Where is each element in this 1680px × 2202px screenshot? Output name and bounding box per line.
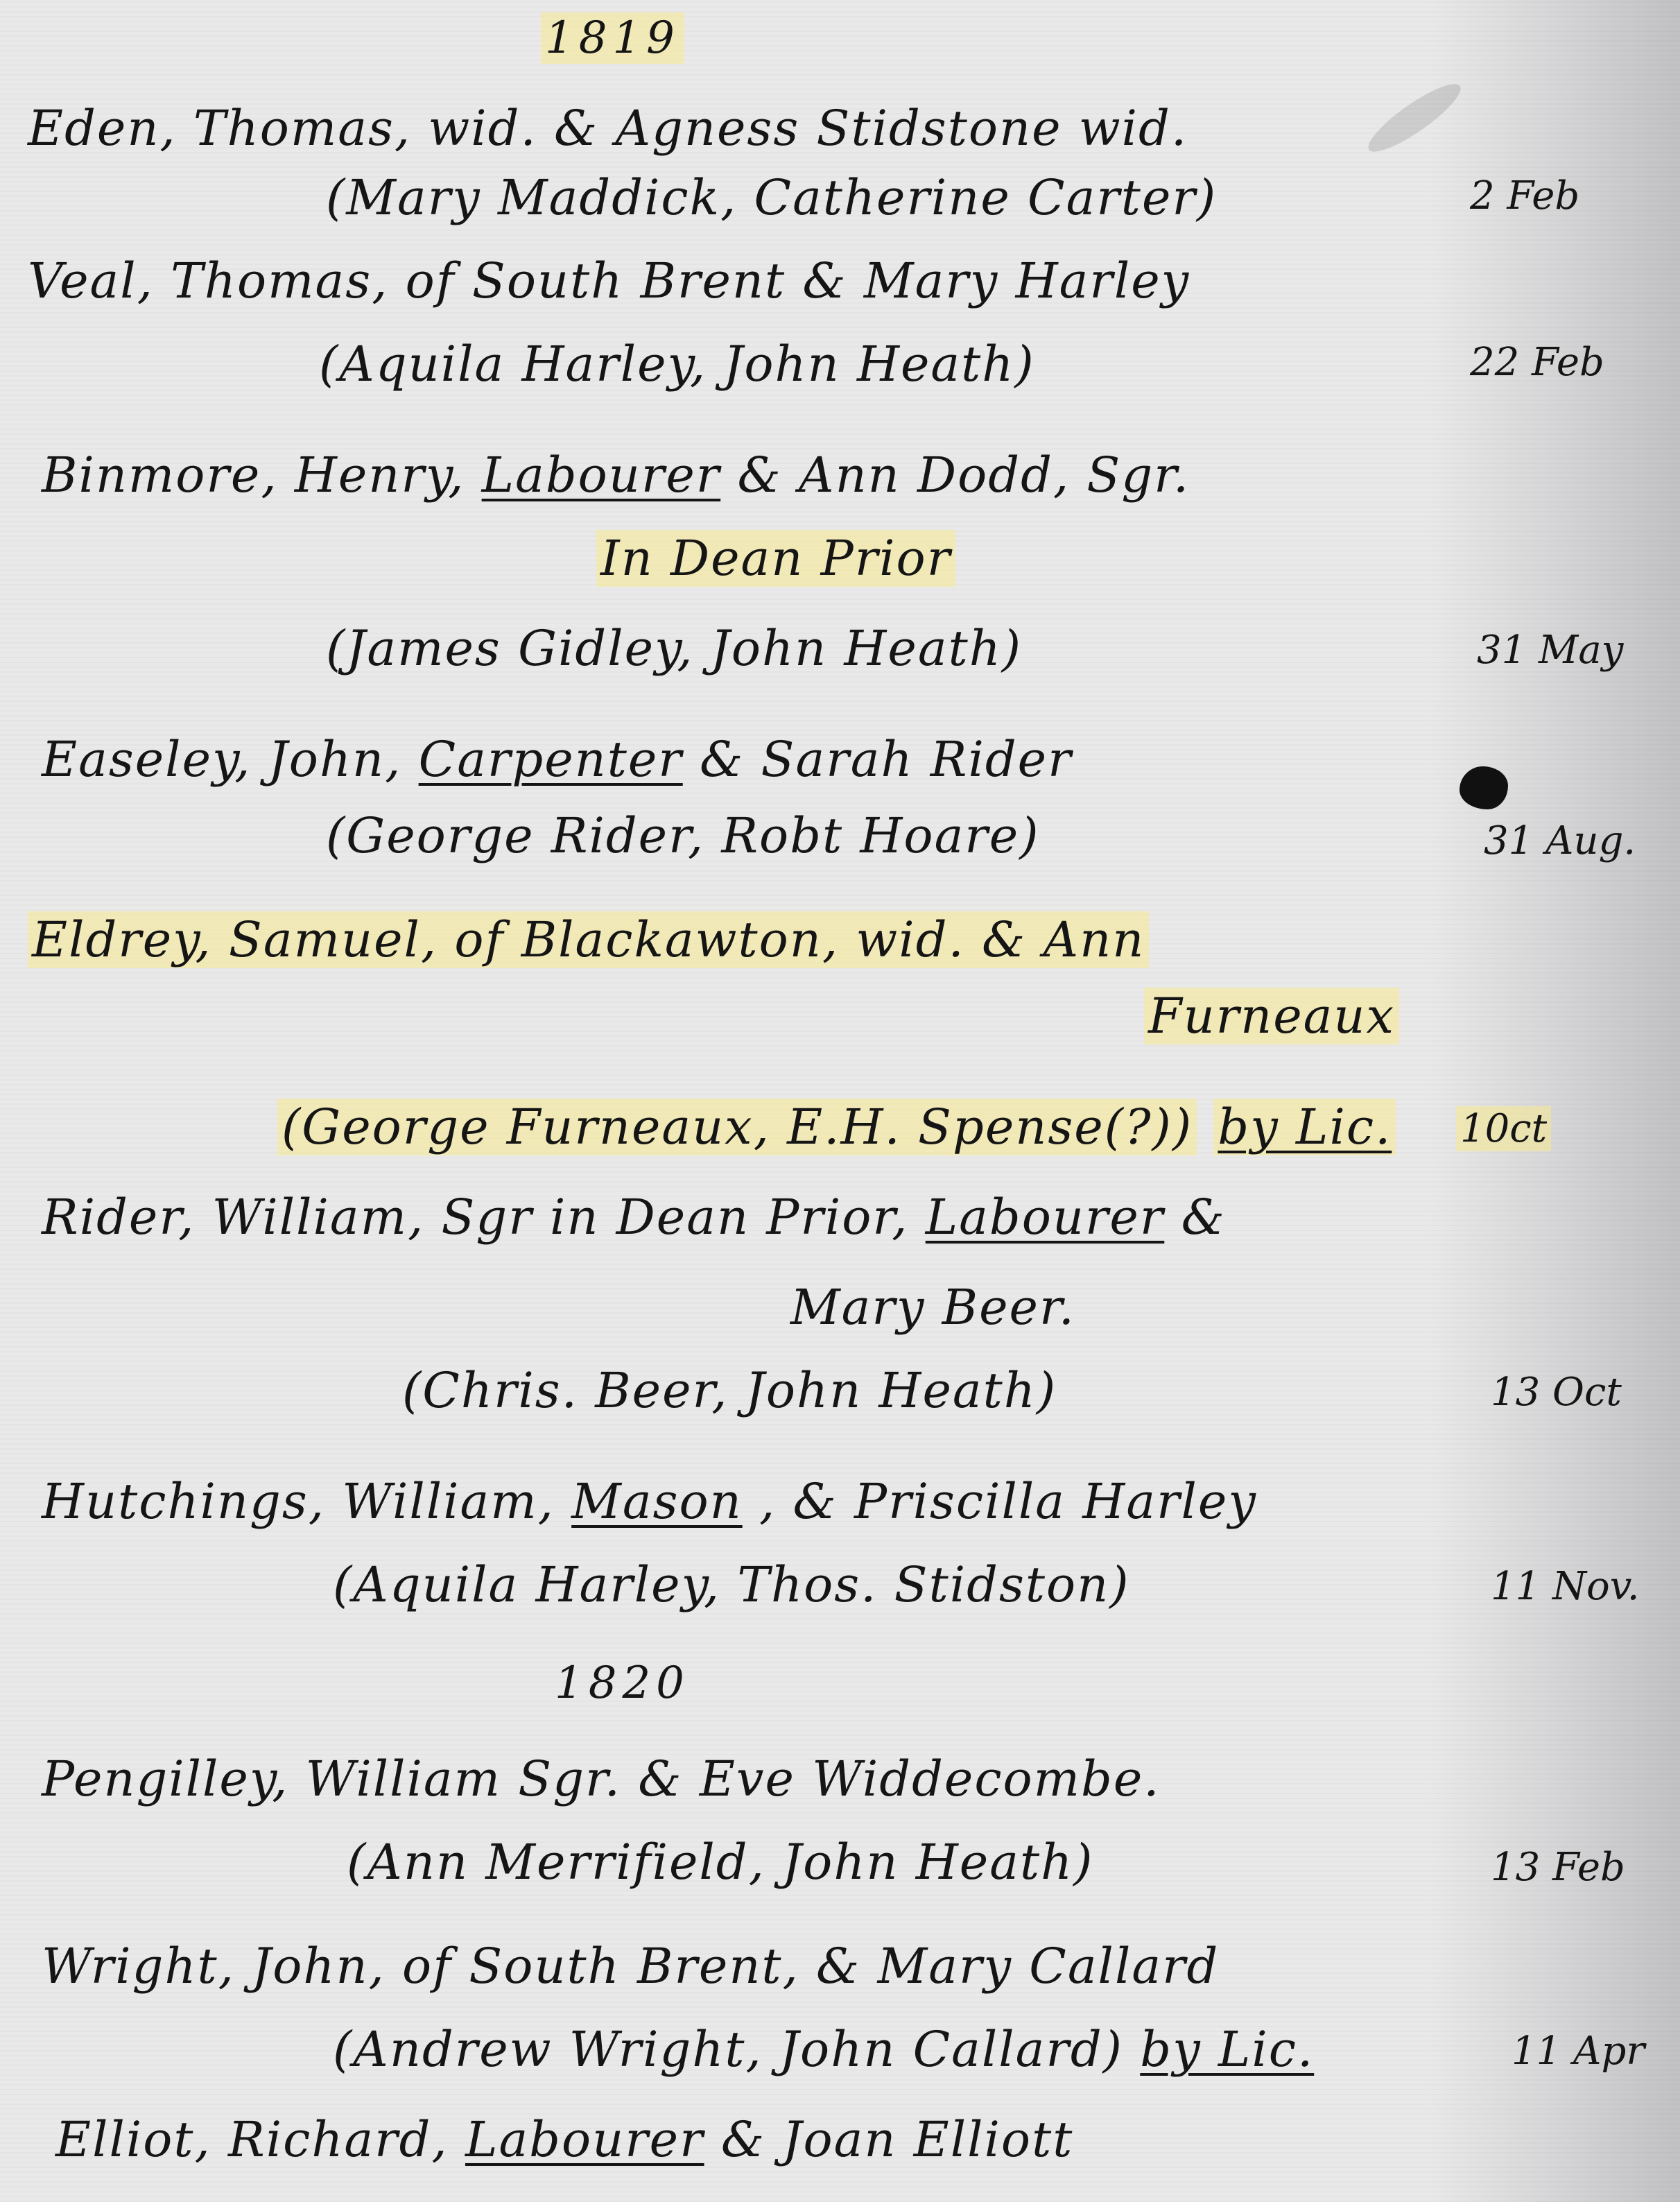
entry-3-name: Binmore, Henry, <box>42 447 465 504</box>
entry-6-name: Rider, William, Sgr in Dean Prior, <box>42 1189 908 1246</box>
entry-6-date: 13 Oct <box>1491 1370 1622 1415</box>
entry-4-line-1: Easeley, John, Carpenter & Sarah Rider <box>42 735 1073 784</box>
entry-5-witness-names: (George Furneaux, E.H. Spense(?)) <box>277 1099 1197 1155</box>
entry-4-occupation: Carpenter <box>419 731 683 788</box>
entry-8-date: 13 Feb <box>1491 1845 1625 1890</box>
entry-3-rest: & Ann Dodd, Sgr. <box>737 447 1190 504</box>
entry-7-line-1: Hutchings, William, Mason , & Priscilla … <box>42 1477 1257 1526</box>
ink-blot <box>1460 766 1508 809</box>
entry-3-line-2: In Dean Prior <box>596 534 955 583</box>
entry-3-occupation: Labourer <box>482 447 721 504</box>
entry-4-date: 31 Aug. <box>1484 818 1636 863</box>
entry-9-license: by Lic. <box>1140 2021 1314 2078</box>
entry-4-name: Easeley, John, <box>42 731 401 788</box>
entry-2-date: 22 Feb <box>1470 340 1604 385</box>
entry-10-occupation: Labourer <box>465 2111 704 2168</box>
entry-4-rest: & Sarah Rider <box>700 731 1073 788</box>
entry-10-line-1: Elliot, Richard, Labourer & Joan Elliott <box>55 2115 1073 2164</box>
entry-9-date: 11 Apr <box>1512 2029 1645 2074</box>
entry-1-line-1: Eden, Thomas, wid. & Agness Stidstone wi… <box>28 104 1188 153</box>
entry-10-rest: & Joan Elliott <box>721 2111 1074 2168</box>
entry-4-witnesses: (George Rider, Robt Hoare) <box>326 811 1040 860</box>
entry-5-witnesses: (George Furneaux, E.H. Spense(?)) by Lic… <box>277 1103 1396 1151</box>
entry-6-witnesses: (Chris. Beer, John Heath) <box>402 1366 1057 1415</box>
entry-2-line-1: Veal, Thomas, of South Brent & Mary Harl… <box>28 257 1190 305</box>
year-heading-1819: 1819 <box>541 12 684 64</box>
entry-9-witness-names: (Andrew Wright, John Callard) <box>333 2021 1123 2078</box>
entry-6-occupation: Labourer <box>926 1189 1165 1246</box>
entry-7-name: Hutchings, William, <box>42 1473 555 1530</box>
entry-2-witnesses: (Aquila Harley, John Heath) <box>319 340 1035 388</box>
entry-9-witnesses: (Andrew Wright, John Callard) by Lic. <box>333 2025 1314 2074</box>
entry-9-line-1: Wright, John, of South Brent, & Mary Cal… <box>42 1942 1219 1990</box>
entry-6-rest: & <box>1181 1189 1226 1246</box>
entry-3-date: 31 May <box>1477 628 1623 673</box>
entry-7-date: 11 Nov. <box>1491 1564 1640 1609</box>
entry-8-witnesses: (Ann Merrifield, John Heath) <box>347 1838 1093 1886</box>
entry-6-line-2: Mary Beer. <box>790 1283 1075 1332</box>
entry-7-witnesses: (Aquila Harley, Thos. Stidston) <box>333 1560 1130 1609</box>
paper-smudge <box>1361 75 1468 162</box>
entry-5-line-1: Eldrey, Samuel, of Blackawton, wid. & An… <box>28 915 1149 964</box>
entry-3-line-1: Binmore, Henry, Labourer & Ann Dodd, Sgr… <box>42 451 1190 499</box>
entry-8-line-1: Pengilley, William Sgr. & Eve Widdecombe… <box>42 1755 1161 1803</box>
entry-10-name: Elliot, Richard, <box>55 2111 449 2168</box>
entry-3-witnesses: (James Gidley, John Heath) <box>326 624 1022 673</box>
year-heading-1820: 1820 <box>555 1658 690 1709</box>
entry-7-rest: , & Priscilla Harley <box>759 1473 1257 1530</box>
entry-5-line-2: Furneaux <box>1144 992 1399 1040</box>
entry-7-occupation: Mason <box>571 1473 743 1530</box>
entry-1-date: 2 Feb <box>1470 173 1579 218</box>
entry-1-witnesses: (Mary Maddick, Catherine Carter) <box>326 173 1217 222</box>
entry-5-date: 10ct <box>1456 1106 1551 1151</box>
entry-6-line-1: Rider, William, Sgr in Dean Prior, Labou… <box>42 1193 1226 1241</box>
entry-5-license: by Lic. <box>1213 1099 1396 1155</box>
